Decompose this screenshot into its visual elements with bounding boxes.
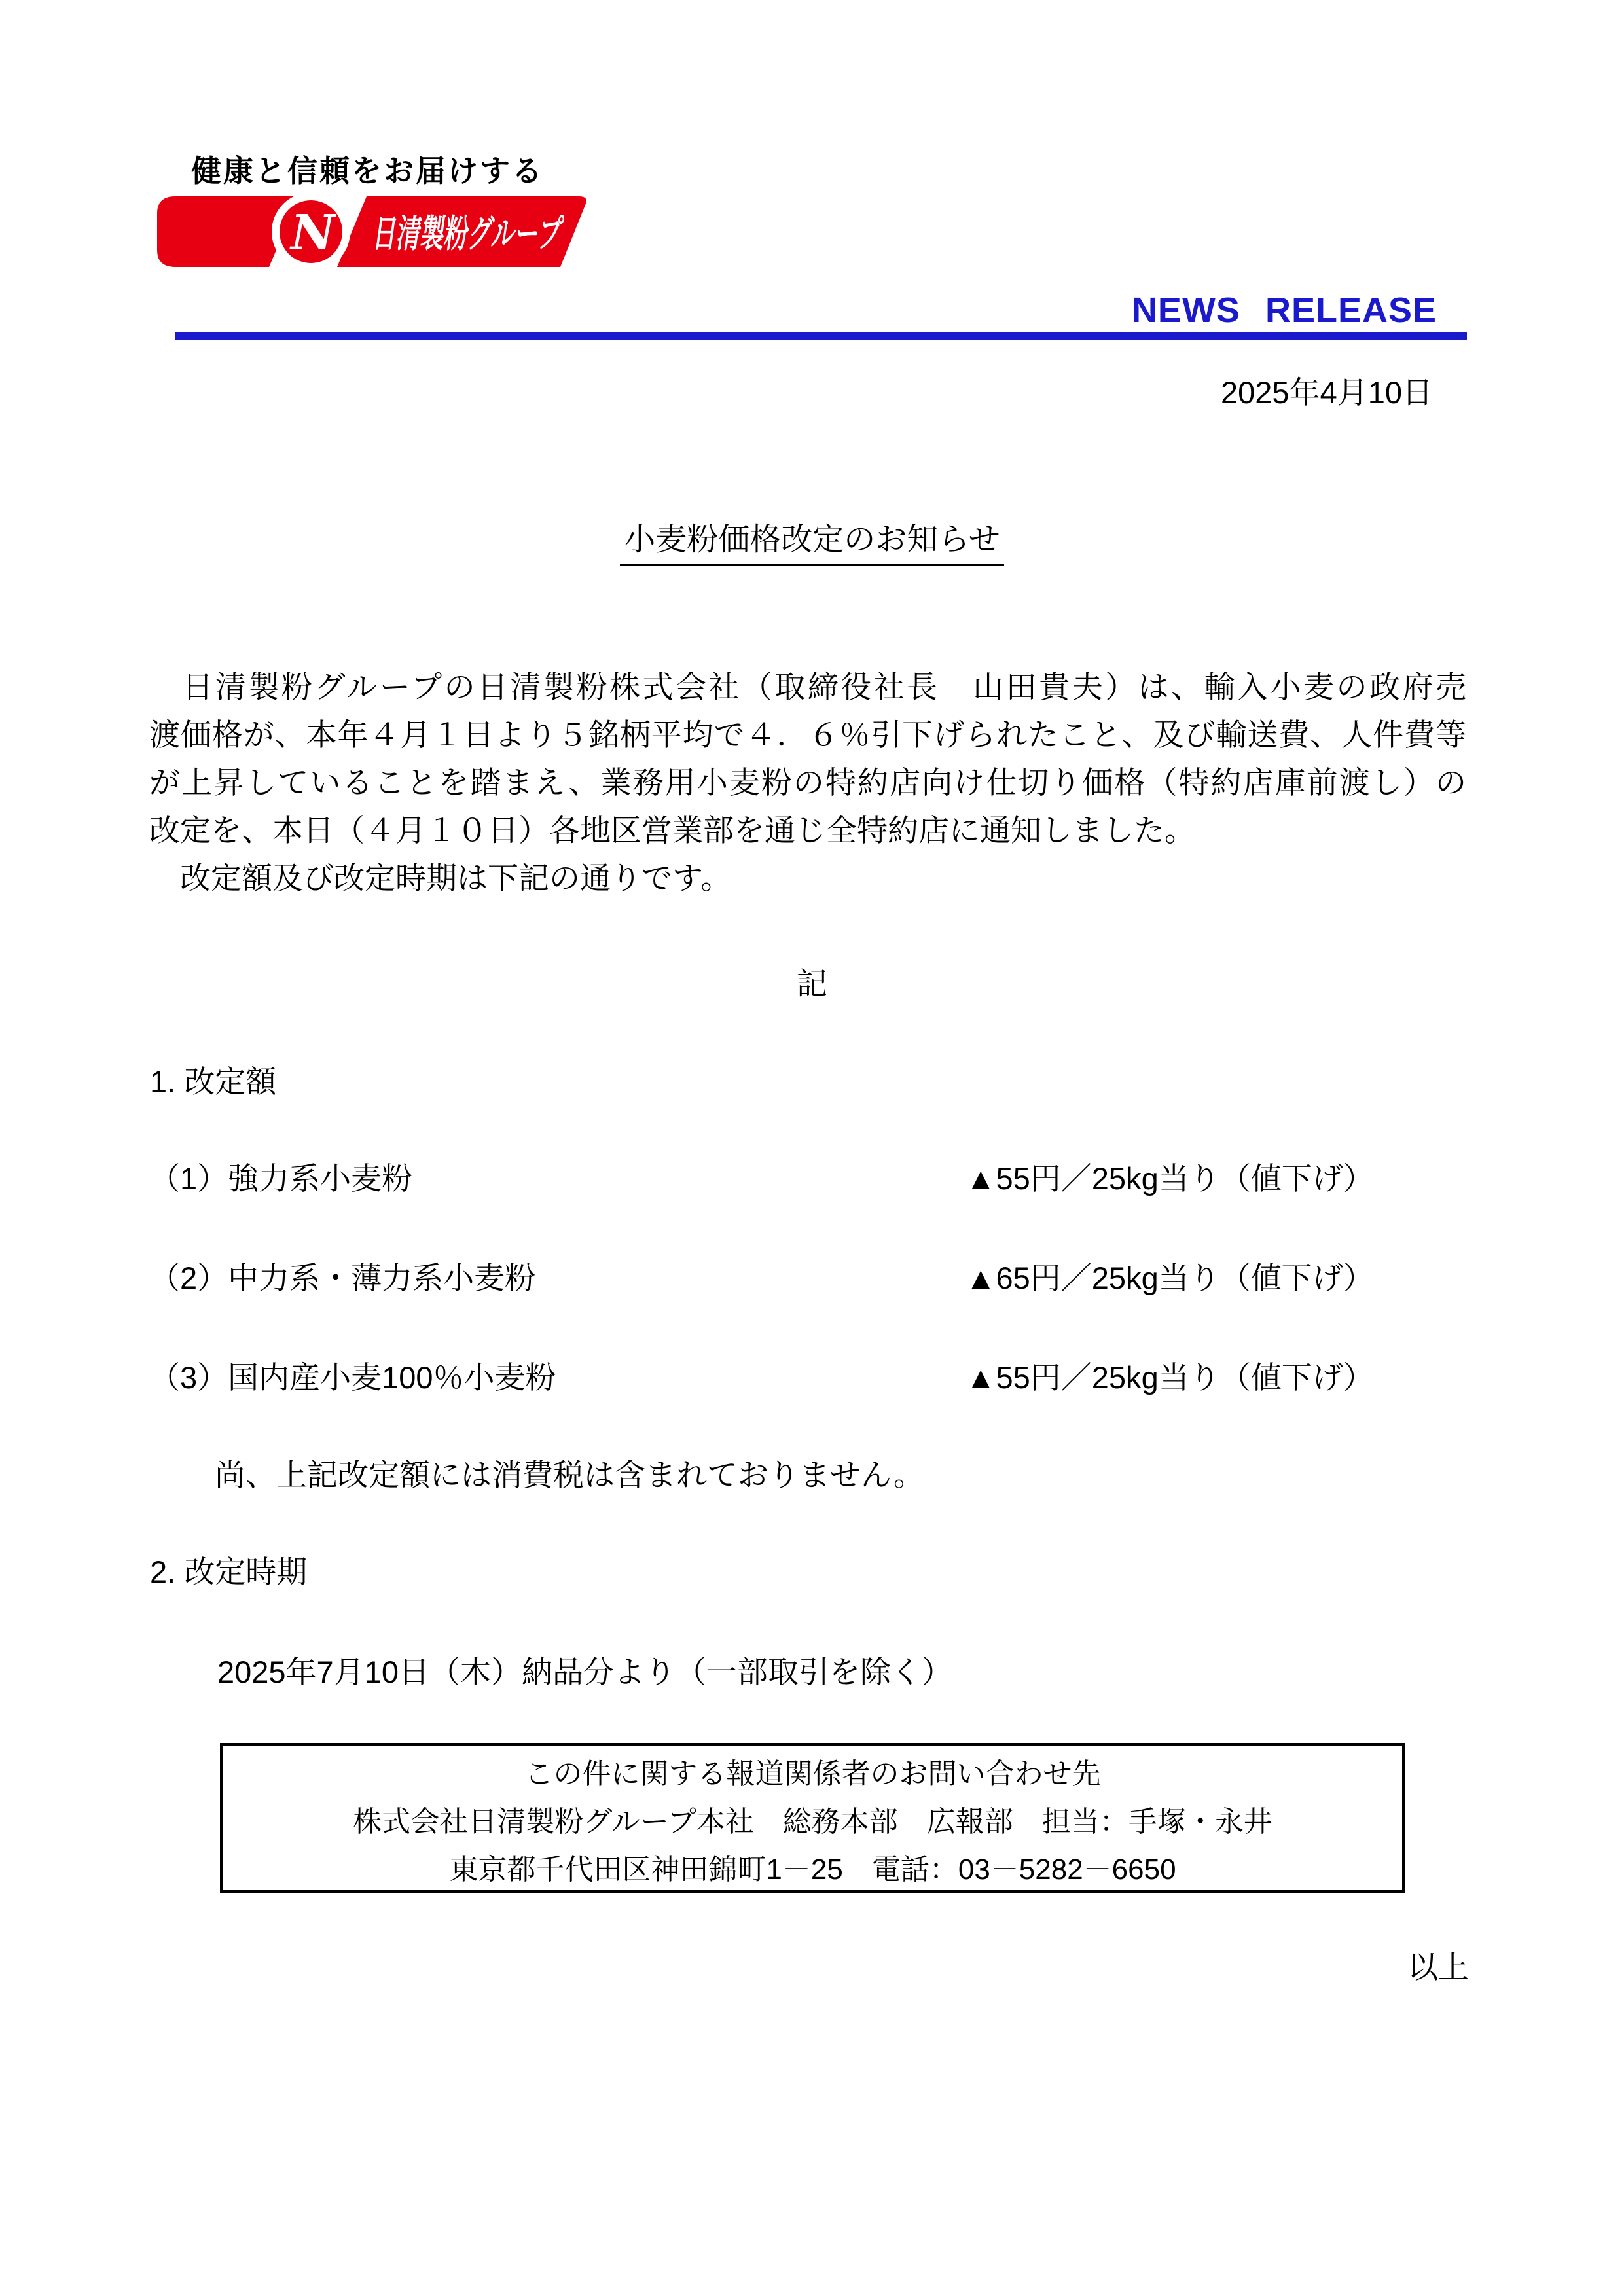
- contact-box: この件に関する報道関係者のお問い合わせ先 株式会社日清製粉グループ本社 総務本部…: [220, 1743, 1405, 1893]
- document-title: 小麦粉価格改定のお知らせ: [0, 522, 1624, 558]
- document-title-text: 小麦粉価格改定のお知らせ: [620, 522, 1004, 566]
- price-item-value: ▲55円／25kg当り（値下げ）: [965, 1162, 1374, 1196]
- paragraph-line: 改定を、本日（４月１０日）各地区営業部を通じ全特約店に通知しました。: [149, 806, 1466, 854]
- section1-heading: 1. 改定額: [150, 1065, 276, 1099]
- price-item-label: （1）強力系小麦粉: [149, 1162, 412, 1196]
- price-item-label: （2）中力系・薄力系小麦粉: [149, 1261, 535, 1295]
- contact-box-title: この件に関する報道関係者のお問い合わせ先: [223, 1750, 1402, 1798]
- nisshin-logo-banner-icon: N 日清製粉グループ: [156, 196, 590, 267]
- contact-box-address-phone: 東京都千代田区神田錦町1－25 電話：03－5282－6650: [223, 1846, 1402, 1893]
- press-release-page: 健康と信頼をお届けする N 日清製粉グループ NEWS RELEASE 2025…: [0, 0, 1624, 2296]
- price-item-value: ▲65円／25kg当り（値下げ）: [965, 1261, 1374, 1295]
- notice-marker: 記: [0, 967, 1624, 1001]
- nisshin-seifun-logo: N 日清製粉グループ: [156, 196, 590, 270]
- paragraph-line: 改定額及び改定時期は下記の通りです。: [149, 854, 1466, 902]
- news-release-label: NEWS RELEASE: [1132, 292, 1437, 329]
- body-paragraph: 日清製粉グループの日清製粉株式会社（取締役社長 山田貴夫）は、輸入小麦の政府売 …: [149, 663, 1466, 902]
- paragraph-line: が上昇していることを踏まえ、業務用小麦粉の特約店向け仕切り価格（特約店庫前渡し）…: [149, 759, 1466, 806]
- header-rule: [175, 332, 1467, 340]
- tax-note: 尚、上記改定額には消費税は含まれておりません。: [215, 1458, 924, 1492]
- logo-brand-text: 日清製粉グループ: [370, 213, 566, 255]
- closing-mark: 以上: [1407, 1950, 1470, 1984]
- contact-box-department: 株式会社日清製粉グループ本社 総務本部 広報部 担当：手塚・永井: [223, 1798, 1402, 1846]
- section2-heading: 2. 改定時期: [150, 1555, 307, 1589]
- revision-timing: 2025年7月10日（木）納品分より（一部取引を除く）: [217, 1655, 952, 1689]
- paragraph-line: 日清製粉グループの日清製粉株式会社（取締役社長 山田貴夫）は、輸入小麦の政府売: [149, 663, 1466, 711]
- paragraph-line: 渡価格が、本年４月１日より５銘柄平均で４．６％引下げられたこと、及び輸送費、人件…: [149, 711, 1466, 759]
- corporate-tagline: 健康と信頼をお届けする: [191, 154, 544, 187]
- document-date: 2025年4月10日: [1221, 376, 1433, 409]
- logo-n-mark: N: [289, 205, 336, 261]
- price-item-value: ▲55円／25kg当り（値下げ）: [965, 1361, 1374, 1395]
- price-item-label: （3）国内産小麦100％小麦粉: [149, 1361, 556, 1395]
